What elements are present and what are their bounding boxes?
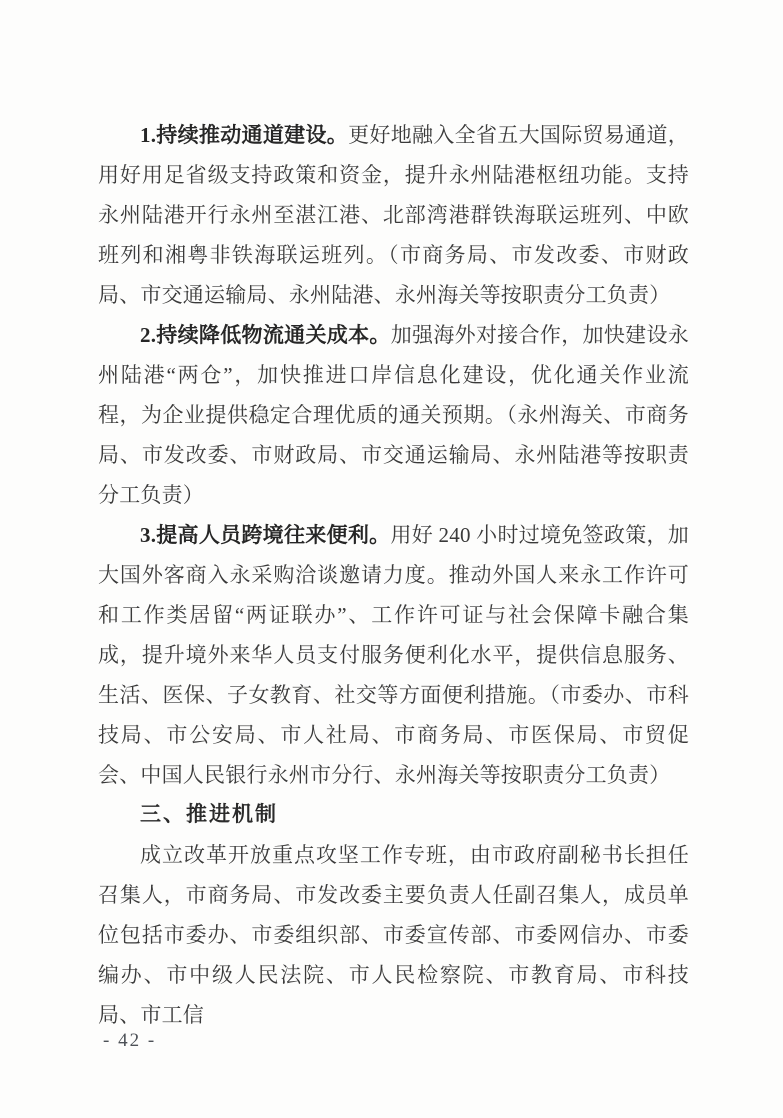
section-heading-promotion-mechanism: 三、推进机制: [98, 795, 689, 835]
paragraph-cross-border-convenience: 3.提高人员跨境往来便利。用好 240 小时过境免签政策，加大国外客商入永采购洽…: [98, 515, 689, 795]
page-number: - 42 -: [103, 1029, 156, 1053]
paragraph-work-group: 成立改革开放重点攻坚工作专班，由市政府副秘书长担任召集人，市商务局、市发改委主要…: [98, 835, 689, 1035]
paragraph-logistics-cost: 2.持续降低物流通关成本。加强海外对接合作，加快建设永州陆港“两仓”，加快推进口…: [98, 315, 689, 515]
paragraph-1-lead: 1.持续推动通道建设。: [140, 123, 348, 147]
paragraph-3-lead: 3.提高人员跨境往来便利。: [140, 523, 390, 547]
document-page: 1.持续推动通道建设。更好地融入全省五大国际贸易通道，用好用足省级支持政策和资金…: [0, 0, 783, 1118]
document-body: 1.持续推动通道建设。更好地融入全省五大国际贸易通道，用好用足省级支持政策和资金…: [98, 115, 689, 1035]
paragraph-2-text: 加强海外对接合作，加快建设永州陆港“两仓”，加快推进口岸信息化建设，优化通关作业…: [98, 323, 689, 507]
paragraph-3-text: 用好 240 小时过境免签政策，加大国外客商入永采购洽谈邀请力度。推动外国人来永…: [98, 523, 689, 787]
paragraph-2-lead: 2.持续降低物流通关成本。: [140, 323, 391, 347]
paragraph-channel-construction: 1.持续推动通道建设。更好地融入全省五大国际贸易通道，用好用足省级支持政策和资金…: [98, 115, 689, 315]
paragraph-work-group-text: 成立改革开放重点攻坚工作专班，由市政府副秘书长担任召集人，市商务局、市发改委主要…: [98, 843, 689, 1027]
paragraph-1-text: 更好地融入全省五大国际贸易通道，用好用足省级支持政策和资金，提升永州陆港枢纽功能…: [98, 123, 689, 307]
